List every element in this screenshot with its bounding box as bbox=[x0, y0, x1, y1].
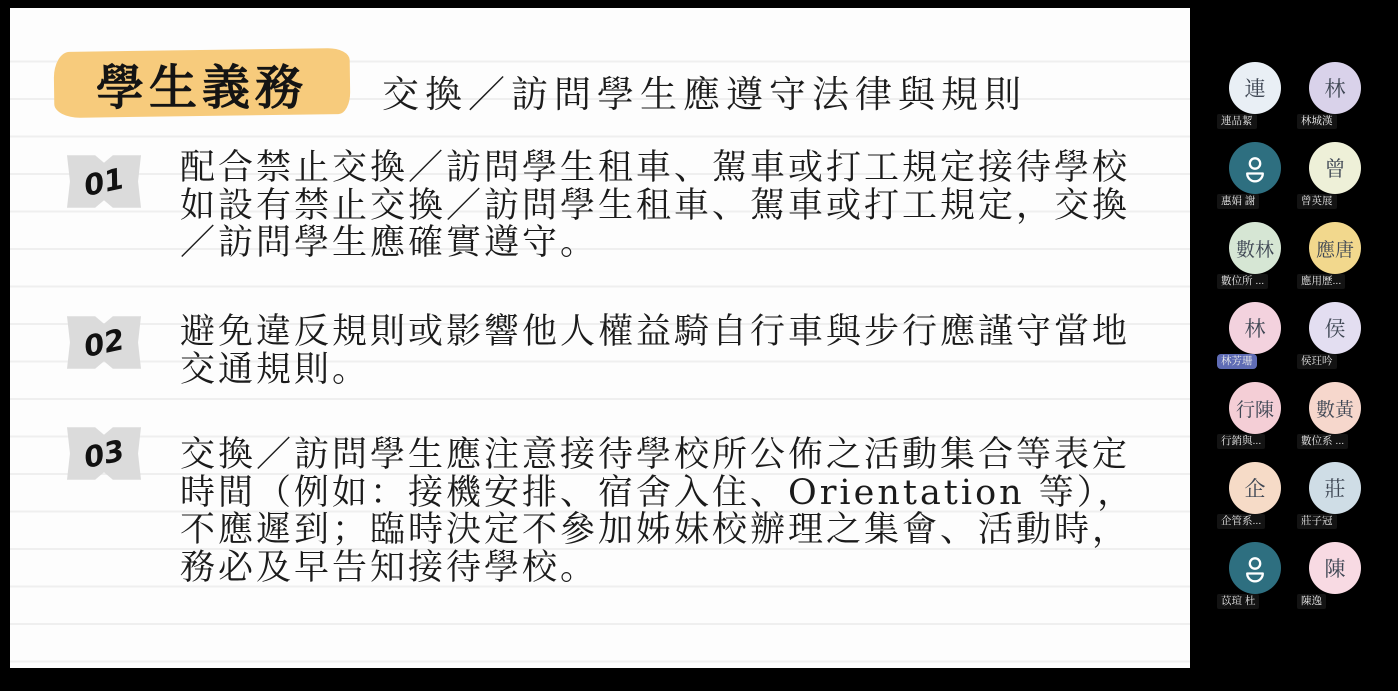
avatar: 莊 bbox=[1309, 462, 1361, 514]
item-text-line: 避免違反規則或影響他人權益騎自行車與步行應謹守當地 bbox=[180, 314, 1130, 352]
participants-panel: 連 連品絜 林 林城漢 惠娟 謝 曾 曾英展 bbox=[1190, 62, 1398, 622]
participant-tile[interactable]: 林 林芳珊 bbox=[1215, 302, 1295, 382]
item-text: 配合禁止交換／訪問學生租車、駕車或打工規定接待學校 如設有禁止交換／訪問學生租車… bbox=[180, 150, 1130, 263]
avatar bbox=[1229, 142, 1281, 194]
item-text-line: 不應遲到；臨時決定不參加姊妹校辦理之集會、活動時， bbox=[180, 512, 1135, 550]
participant-name: 陳逸 bbox=[1297, 594, 1326, 609]
item-number-badge: 03 bbox=[67, 425, 141, 482]
participant-tile[interactable]: 連 連品絜 bbox=[1215, 62, 1295, 142]
avatar-initial: 陳 bbox=[1325, 553, 1346, 583]
item-text: 避免違反規則或影響他人權益騎自行車與步行應謹守當地 交通規則。 bbox=[180, 314, 1130, 389]
participant-tile[interactable]: 曾 曾英展 bbox=[1295, 142, 1375, 222]
avatar: 陳 bbox=[1309, 542, 1361, 594]
meeting-window: 學生義務 交換／訪問學生應遵守法律與規則 01 配合禁止交換／訪問學生租車、駕車… bbox=[0, 0, 1398, 691]
avatar: 企 bbox=[1229, 462, 1281, 514]
participant-name: 應用歷... bbox=[1297, 274, 1345, 289]
item-number-badge: 02 bbox=[67, 314, 141, 371]
avatar-initial: 應唐 bbox=[1316, 235, 1354, 262]
avatar-initial: 數黃 bbox=[1316, 395, 1354, 422]
avatar-initial: 數林 bbox=[1236, 235, 1274, 262]
avatar-initial: 林 bbox=[1325, 73, 1346, 103]
participant-name: 林城漢 bbox=[1297, 114, 1337, 129]
avatar-initial: 侯 bbox=[1325, 313, 1346, 343]
person-icon bbox=[1240, 153, 1270, 183]
participant-tile[interactable]: 林 林城漢 bbox=[1295, 62, 1375, 142]
person-icon bbox=[1240, 553, 1270, 583]
avatar-initial: 曾 bbox=[1325, 153, 1346, 183]
item-number: 03 bbox=[81, 433, 128, 475]
item-text-line: 時間（例如：接機安排、宿舍入住、Orientation 等）， bbox=[180, 475, 1135, 513]
avatar bbox=[1229, 542, 1281, 594]
avatar: 連 bbox=[1229, 62, 1281, 114]
avatar-initial: 連 bbox=[1245, 73, 1266, 103]
participant-tile[interactable]: 數黃 數位系 ... bbox=[1295, 382, 1375, 462]
avatar-initial: 林 bbox=[1245, 313, 1266, 343]
item-text-line: 務必及早告知接待學校。 bbox=[180, 550, 1135, 588]
item-text-line: 配合禁止交換／訪問學生租車、駕車或打工規定接待學校 bbox=[180, 150, 1130, 188]
avatar: 數黃 bbox=[1309, 382, 1361, 434]
item-text-line: ／訪問學生應確實遵守。 bbox=[180, 225, 1130, 263]
participant-tile[interactable]: 侯 侯玨吟 bbox=[1295, 302, 1375, 382]
participant-tile[interactable]: 行陳 行銷與... bbox=[1215, 382, 1295, 462]
participant-tile[interactable]: 企 企管系... bbox=[1215, 462, 1295, 542]
avatar-initial: 行陳 bbox=[1236, 395, 1274, 422]
avatar: 林 bbox=[1309, 62, 1361, 114]
avatar: 數林 bbox=[1229, 222, 1281, 274]
shared-slide: 學生義務 交換／訪問學生應遵守法律與規則 01 配合禁止交換／訪問學生租車、駕車… bbox=[10, 8, 1190, 668]
participant-name: 連品絜 bbox=[1217, 114, 1257, 129]
item-text-line: 交換／訪問學生應注意接待學校所公佈之活動集合等表定 bbox=[180, 437, 1135, 475]
item-text-line: 交通規則。 bbox=[180, 352, 1130, 390]
slide-subtitle: 交換／訪問學生應遵守法律與規則 bbox=[382, 64, 1027, 118]
participant-name: 苡瑄 杜 bbox=[1217, 594, 1259, 609]
slide-title: 學生義務 bbox=[96, 49, 308, 118]
participant-tile[interactable]: 莊 莊子冠 bbox=[1295, 462, 1375, 542]
participant-name: 數位系 ... bbox=[1297, 434, 1348, 449]
avatar: 應唐 bbox=[1309, 222, 1361, 274]
participant-name: 侯玨吟 bbox=[1297, 354, 1337, 369]
participant-name: 行銷與... bbox=[1217, 434, 1265, 449]
participant-tile[interactable]: 數林 數位所 ... bbox=[1215, 222, 1295, 302]
avatar: 行陳 bbox=[1229, 382, 1281, 434]
item-number: 02 bbox=[81, 322, 128, 364]
participant-name: 曾英展 bbox=[1297, 194, 1337, 209]
avatar-initial: 莊 bbox=[1325, 473, 1346, 503]
item-text-line: 如設有禁止交換／訪問學生租車、駕車或打工規定，交換 bbox=[180, 188, 1130, 226]
participant-name: 企管系... bbox=[1217, 514, 1265, 529]
participant-name: 莊子冠 bbox=[1297, 514, 1337, 529]
avatar: 曾 bbox=[1309, 142, 1361, 194]
item-text: 交換／訪問學生應注意接待學校所公佈之活動集合等表定 時間（例如：接機安排、宿舍入… bbox=[180, 437, 1135, 587]
participant-tile[interactable]: 應唐 應用歷... bbox=[1295, 222, 1375, 302]
participant-name: 林芳珊 bbox=[1217, 354, 1257, 369]
title-highlight: 學生義務 bbox=[54, 48, 351, 118]
participant-tile[interactable]: 惠娟 謝 bbox=[1215, 142, 1295, 222]
participant-name: 數位所 ... bbox=[1217, 274, 1268, 289]
avatar: 林 bbox=[1229, 302, 1281, 354]
participant-name: 惠娟 謝 bbox=[1217, 194, 1259, 209]
participant-tile[interactable]: 苡瑄 杜 bbox=[1215, 542, 1295, 622]
avatar-initial: 企 bbox=[1245, 473, 1266, 503]
item-number-badge: 01 bbox=[67, 153, 141, 210]
avatar: 侯 bbox=[1309, 302, 1361, 354]
participant-tile[interactable]: 陳 陳逸 bbox=[1295, 542, 1375, 622]
item-number: 01 bbox=[81, 161, 128, 203]
